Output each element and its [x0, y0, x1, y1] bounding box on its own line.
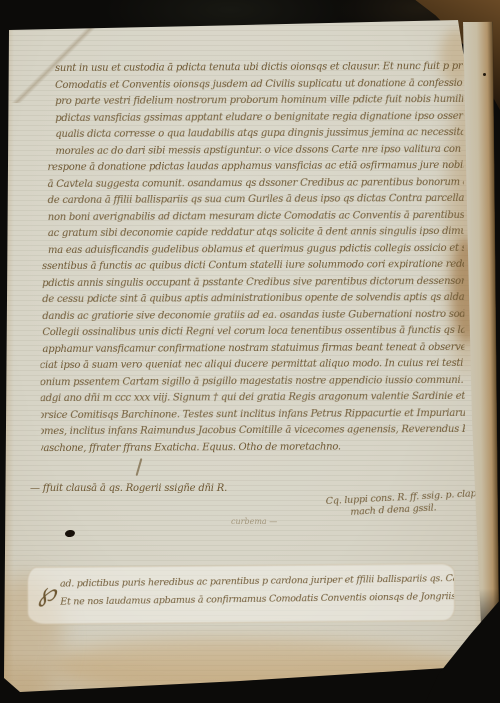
text-line: Evaschone, ffrater ffrans Exaticha. Equu… [39, 438, 465, 457]
text-line: de cessu pdicte sint ā quibus aptis admi… [42, 290, 464, 309]
text-line: madgi ano dñi m ccc xxx viij. Signum † q… [39, 389, 465, 408]
closing-annotation: — ffuit clausā ā qs. Rogerii ssigñe dñi … [30, 483, 227, 494]
text-line: Collegii ossinalibus unis dicti Regni ve… [42, 323, 464, 342]
text-line: ac gratum sibi deconomie capide reddatur… [48, 224, 464, 243]
text-line: pro parte vestri fidelium nostrorum prob… [55, 92, 463, 111]
text-line: de cardona ā ffilii ballispariis qs sua … [48, 191, 464, 210]
registration-note: ℘ ad. pdictibus puris heredibus ac paren… [38, 570, 454, 611]
text-line: Comes, inclitus infans Raimundus Jacobus… [39, 422, 465, 441]
text-line: sunt in usu et custodia ā pdicta tenuta … [55, 59, 463, 78]
text-line: respone ā donatione pdictas laudas appha… [47, 158, 463, 177]
paraph-initial: ℘ [38, 578, 57, 608]
manuscript-page: sunt in usu et custodia ā pdicta tenuta … [0, 0, 500, 703]
text-line: ssentibus ā functis ac quibus dicti Cont… [42, 257, 464, 276]
dust-speck [483, 73, 486, 76]
main-text-block: sunt in usu et custodia ā pdicta tenuta … [39, 59, 465, 459]
text-line: qualis dicta corresse o qua laudabilis a… [55, 125, 463, 144]
faint-inscription: curbema — [231, 517, 277, 526]
text-line: faciat ipso ā suam vero queniat nec aliq… [39, 356, 465, 375]
